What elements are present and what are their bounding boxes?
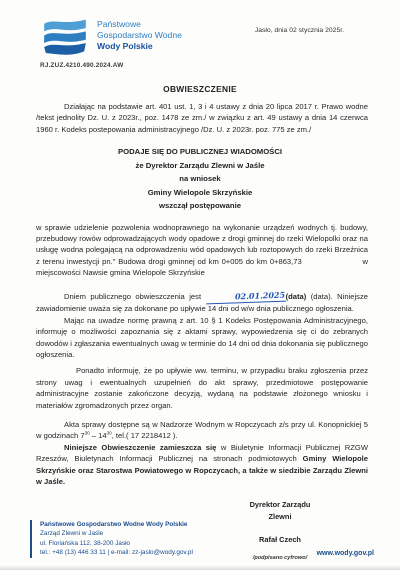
center-line-3: na wniosek (0, 172, 400, 185)
footer-unit: Zarząd Zlewni w Jaśle (40, 529, 193, 539)
logo-wordmark: Państwowe Gospodarstwo Wodne Wody Polski… (97, 16, 182, 53)
logo-line-3: Wody Polskie (97, 41, 182, 52)
paragraph-notice-date: Dniem publicznego obwieszczenia jest 02.… (36, 290, 368, 314)
case-files-text-3: , tel.( 17 2218412 ). (112, 431, 178, 440)
subject-text: w sprawie udzielenie pozwolenia wodnopra… (36, 223, 368, 266)
logo-line-1: Państwowe (97, 19, 182, 30)
publication-bold-1: Niniejsze Obwieszczenie zamieszcza się (64, 443, 216, 452)
announcement-center-block: PODAJE SIĘ DO PUBLICZNEJ WIADOMOŚCI że D… (0, 145, 400, 212)
document-header: Państwowe Gospodarstwo Wodne Wody Polski… (0, 0, 400, 69)
paragraph-legal-basis: Działając na podstawie art. 401 ust. 1, … (36, 101, 368, 135)
footer-organization: Państwowe Gospodarstwo Wodne Wody Polski… (40, 520, 193, 530)
case-files-text-2: – 14 (90, 431, 107, 440)
logo: Państwowe Gospodarstwo Wodne Wody Polski… (40, 16, 372, 60)
logo-line-2: Gospodarstwo Wodne (97, 30, 182, 41)
case-reference-number: RJ.ZUZ.4210.490.2024.AW (40, 62, 372, 69)
center-line-5: wszczął postępowanie (0, 199, 400, 212)
center-line-4: Gminy Wielopole Skrzyńskie (0, 186, 400, 199)
document-date: Jasło, dnia 02 stycznia 2025r. (255, 27, 344, 34)
document-title: OBWIESZCZENIE (0, 84, 400, 94)
scan-edge-shadow (0, 565, 400, 570)
center-line-1: PODAJE SIĘ DO PUBLICZNEJ WIADOMOŚCI (0, 145, 400, 158)
signer-title-line-1: Dyrektor Zarządu (215, 499, 345, 511)
handwritten-date: 02.01.2025 (205, 289, 286, 305)
paragraph-subject: w sprawie udzielenie pozwolenia wodnopra… (36, 222, 368, 279)
notice-date-text-1: Dniem publicznego obwieszczenia jest (64, 292, 206, 301)
wody-polskie-waves-icon (40, 16, 90, 60)
document-footer: Państwowe Gospodarstwo Wodne Wody Polski… (30, 520, 374, 558)
scanned-document-page: Państwowe Gospodarstwo Wodne Wody Polski… (0, 0, 400, 570)
paragraph-kpa-info: Mając na uwadze normę prawną z art. 10 §… (36, 315, 368, 361)
footer-address-block: Państwowe Gospodarstwo Wodne Wody Polski… (30, 520, 193, 558)
footer-address: ul. Floriańska 112, 38-200 Jasło (40, 539, 193, 549)
data-label: (data) (286, 292, 307, 301)
center-line-2: że Dyrektor Zarządu Zlewni w Jaśle (0, 159, 400, 172)
paragraph-publication: Niniejsze Obwieszczenie zamieszcza się w… (36, 442, 368, 488)
paragraph-further-info: Ponadto informuję, że po upływie ww. ter… (36, 365, 368, 411)
footer-contact: tel.: +48 (13) 446 33 11 | e-mail: zz-ja… (40, 548, 193, 558)
paragraph-case-files: Akta sprawy dostępne są w Nadzorze Wodny… (36, 419, 368, 442)
footer-website: www.wody.gov.pl (317, 550, 374, 558)
